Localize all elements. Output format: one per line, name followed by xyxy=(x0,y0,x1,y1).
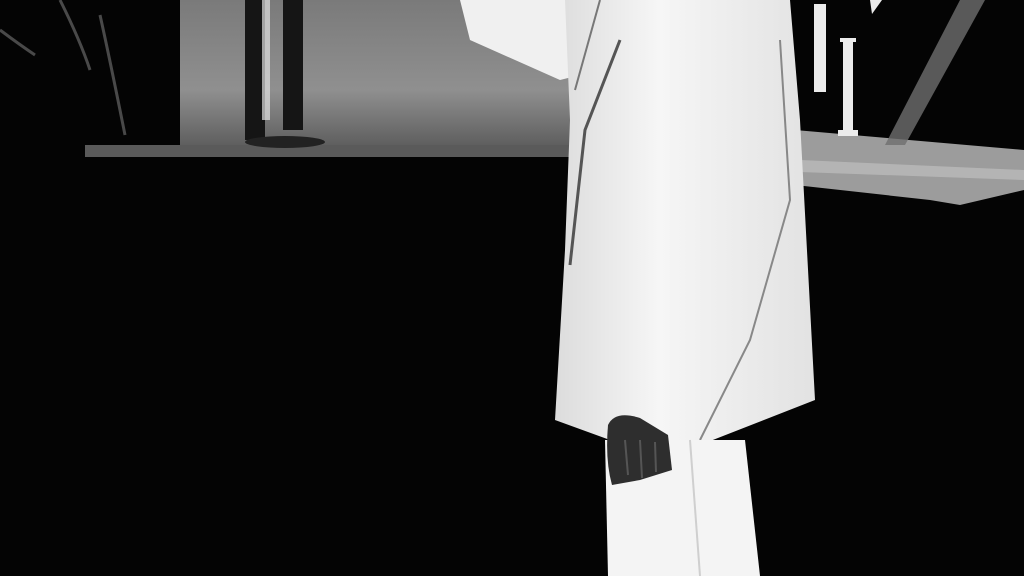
photograph xyxy=(0,0,1024,576)
photo-scene xyxy=(0,0,1024,576)
